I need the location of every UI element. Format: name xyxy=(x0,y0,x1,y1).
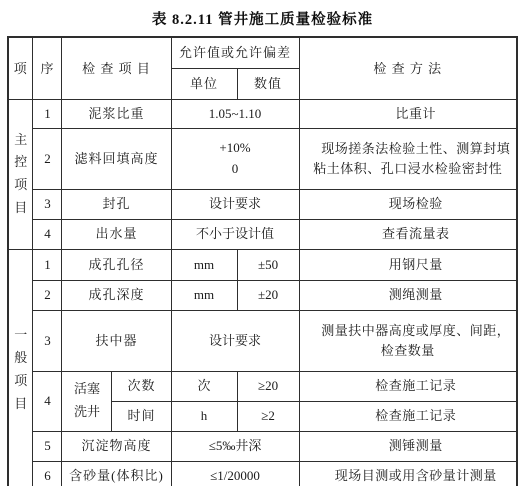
inspection-standards-table: 项 序 检 查 项 目 允许值或允许偏差 检 查 方 法 单位 数值 主控项目 … xyxy=(7,36,518,486)
table-row: 2 成孔深度 mm ±20 测绳测量 xyxy=(8,280,517,310)
unit-cell: mm xyxy=(171,249,237,280)
seq-cell: 4 xyxy=(33,219,62,249)
table-row: 主控项目 1 泥浆比重 1.05~1.10 比重计 xyxy=(8,99,517,128)
value-cell: 不小于设计值 xyxy=(171,219,299,249)
value-cell: ≥2 xyxy=(237,401,299,431)
value-cell: ≥20 xyxy=(237,371,299,401)
item-cell: 泥浆比重 xyxy=(62,99,171,128)
value-cell: ≤5‰井深 xyxy=(171,431,299,461)
seq-cell: 1 xyxy=(33,249,62,280)
method-cell: 检查施工记录 xyxy=(299,401,517,431)
table-row: 5 沉淀物高度 ≤5‰井深 测锤测量 xyxy=(8,431,517,461)
value-cell: 设计要求 xyxy=(171,189,299,219)
header-seq-col: 序 xyxy=(33,37,62,99)
table-title: 表 8.2.11 管井施工质量检验标准 xyxy=(0,0,525,36)
seq-cell: 2 xyxy=(33,128,62,189)
table-row: 4 出水量 不小于设计值 查看流量表 xyxy=(8,219,517,249)
item-cell: 滤料回填高度 xyxy=(62,128,171,189)
header-unit: 单位 xyxy=(171,68,237,99)
item-cell: 含砂量(体积比) xyxy=(62,461,171,486)
seq-cell: 2 xyxy=(33,280,62,310)
seq-cell: 4 xyxy=(33,371,62,431)
seq-cell: 3 xyxy=(33,310,62,371)
seq-cell: 5 xyxy=(33,431,62,461)
item-cell-piston-washing: 活塞洗井 xyxy=(62,371,112,431)
header-value: 数值 xyxy=(237,68,299,99)
value-line-1: +10% xyxy=(174,138,297,158)
group-label-text: 一般项目 xyxy=(14,324,27,415)
table-row: 2 滤料回填高度 +10% 0 现场搓条法检验土性、测算封填粘土体积、孔口浸水检… xyxy=(8,128,517,189)
header-row-1: 项 序 检 查 项 目 允许值或允许偏差 检 查 方 法 xyxy=(8,37,517,68)
method-cell: 用钢尺量 xyxy=(299,249,517,280)
table-row: 一般项目 1 成孔孔径 mm ±50 用钢尺量 xyxy=(8,249,517,280)
header-inspect-item: 检 查 项 目 xyxy=(62,37,171,99)
table-row: 4 活塞洗井 次数 次 ≥20 检查施工记录 xyxy=(8,371,517,401)
table-row: 3 封孔 设计要求 现场检验 xyxy=(8,189,517,219)
sub-item-cell: 时间 xyxy=(112,401,171,431)
method-cell: 测绳测量 xyxy=(299,280,517,310)
seq-cell: 6 xyxy=(33,461,62,486)
method-cell: 检查施工记录 xyxy=(299,371,517,401)
sub-item-cell: 次数 xyxy=(112,371,171,401)
item-cell: 成孔孔径 xyxy=(62,249,171,280)
item-cell: 出水量 xyxy=(62,219,171,249)
seq-cell: 1 xyxy=(33,99,62,128)
header-method: 检 查 方 法 xyxy=(299,37,517,99)
value-cell: ≤1/20000 xyxy=(171,461,299,486)
method-cell: 查看流量表 xyxy=(299,219,517,249)
method-cell: 现场搓条法检验土性、测算封填粘土体积、孔口浸水检验密封性 xyxy=(299,128,517,189)
group-label-general: 一般项目 xyxy=(8,249,33,486)
group-label-text: 主控项目 xyxy=(14,129,27,220)
value-cell: 设计要求 xyxy=(171,310,299,371)
table-row: 6 含砂量(体积比) ≤1/20000 现场目测或用含砂量计测量 xyxy=(8,461,517,486)
value-cell: ±20 xyxy=(237,280,299,310)
method-cell: 比重计 xyxy=(299,99,517,128)
item-cell: 沉淀物高度 xyxy=(62,431,171,461)
item-cell: 扶中器 xyxy=(62,310,171,371)
document-page: 表 8.2.11 管井施工质量检验标准 项 序 检 查 项 目 允许值或允许偏差… xyxy=(0,0,525,486)
value-cell: +10% 0 xyxy=(171,128,299,189)
value-cell: 1.05~1.10 xyxy=(171,99,299,128)
unit-cell: h xyxy=(171,401,237,431)
header-item-col: 项 xyxy=(8,37,33,99)
unit-cell: 次 xyxy=(171,371,237,401)
unit-cell: mm xyxy=(171,280,237,310)
item-cell-text: 活塞洗井 xyxy=(73,378,102,424)
method-cell: 测锤测量 xyxy=(299,431,517,461)
item-cell: 封孔 xyxy=(62,189,171,219)
method-cell: 现场目测或用含砂量计测量 xyxy=(299,461,517,486)
seq-cell: 3 xyxy=(33,189,62,219)
group-label-main-control: 主控项目 xyxy=(8,99,33,249)
item-cell: 成孔深度 xyxy=(62,280,171,310)
value-line-2: 0 xyxy=(174,159,297,179)
header-allowance: 允许值或允许偏差 xyxy=(171,37,299,68)
value-cell: ±50 xyxy=(237,249,299,280)
method-cell: 现场检验 xyxy=(299,189,517,219)
method-cell: 测量扶中器高度或厚度、间距，检查数量 xyxy=(299,310,517,371)
table-row: 3 扶中器 设计要求 测量扶中器高度或厚度、间距，检查数量 xyxy=(8,310,517,371)
